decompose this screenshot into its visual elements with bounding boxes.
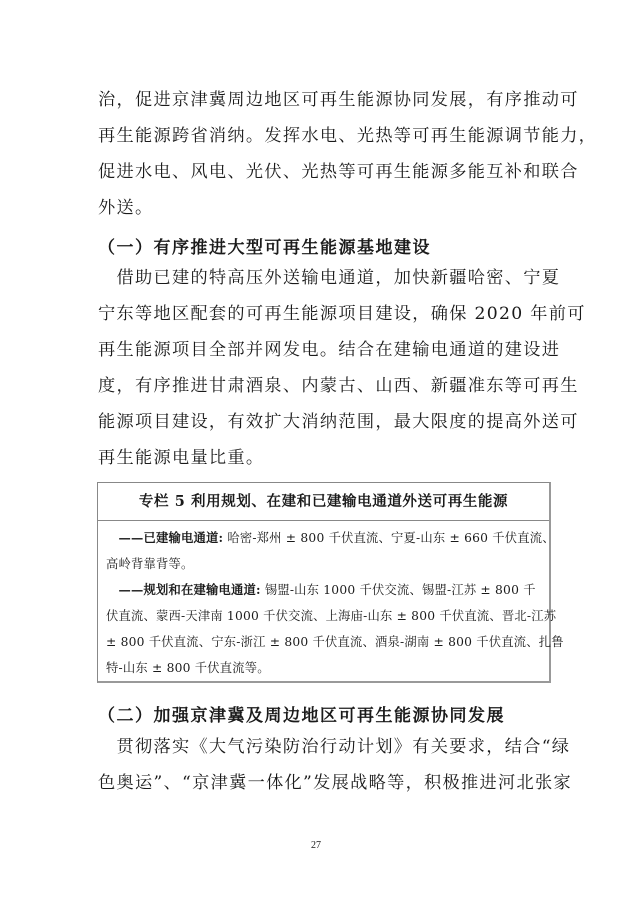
text-line: 再生能源电量比重。 (98, 440, 550, 476)
section-2-paragraph: 贯彻落实《大气污染防治行动计划》有关要求，结合“绿 色奥运”、“京津冀一体化”发… (98, 729, 550, 801)
text-line: 宁东等地区配套的可再生能源项目建设，确保 2020 年前可 (98, 296, 550, 332)
box-item-built: ——已建输电通道: 哈密-郑州 ± 800 千伏直流、宁夏-山东 ± 660 千… (106, 525, 541, 551)
info-box-body: ——已建输电通道: 哈密-郑州 ± 800 千伏直流、宁夏-山东 ± 660 千… (98, 521, 549, 681)
section-1-paragraph: 借助已建的特高压外送输电通道，加快新疆哈密、宁夏 宁东等地区配套的可再生能源项目… (98, 260, 550, 476)
box-item-label: ——规划和在建输电通道: (119, 582, 261, 597)
section-1-heading: （一）有序推进大型可再生能源基地建设 (98, 233, 431, 258)
box-item-text: 伏直流、蒙西-天津南 1000 千伏交流、上海庙-山东 ± 800 千伏直流、晋… (106, 603, 541, 629)
section-2-heading: （二）加强京津冀及周边地区可再生能源协同发展 (98, 701, 505, 726)
box-item-text: 哈密-郑州 ± 800 千伏直流、宁夏-山东 ± 660 千伏直流、 (223, 531, 555, 545)
text-line: 再生能源项目全部并网发电。结合在建输电通道的建设进 (98, 332, 550, 368)
text-line: 度，有序推进甘肃酒泉、内蒙古、山西、新疆准东等可再生 (98, 368, 550, 404)
box-item-label: ——已建输电通道: (119, 530, 224, 545)
text-line: 色奥运”、“京津冀一体化”发展战略等，积极推进河北张家 (98, 765, 550, 801)
continuation-paragraph: 治，促进京津冀周边地区可再生能源协同发展，有序推动可 再生能源跨省消纳。发挥水电… (98, 82, 550, 226)
text-line: 借助已建的特高压外送输电通道，加快新疆哈密、宁夏 (98, 260, 550, 296)
box-item-text: 锡盟-山东 1000 千伏交流、锡盟-江苏 ± 800 千 (261, 583, 536, 597)
info-box: 专栏 5 利用规划、在建和已建输电通道外送可再生能源 ——已建输电通道: 哈密-… (97, 482, 551, 683)
text-line: 促进水电、风电、光伏、光热等可再生能源多能互补和联合 (98, 154, 550, 190)
text-line: 再生能源跨省消纳。发挥水电、光热等可再生能源调节能力， (98, 118, 550, 154)
box-item-text: 特-山东 ± 800 千伏直流等。 (106, 655, 541, 681)
text-line: 能源项目建设，有效扩大消纳范围，最大限度的提高外送可 (98, 404, 550, 440)
text-line: 外送。 (98, 190, 550, 226)
box-item-planned: ——规划和在建输电通道: 锡盟-山东 1000 千伏交流、锡盟-江苏 ± 800… (106, 577, 541, 603)
text-line: 治，促进京津冀周边地区可再生能源协同发展，有序推动可 (98, 82, 550, 118)
text-line: 贯彻落实《大气污染防治行动计划》有关要求，结合“绿 (98, 729, 550, 765)
box-item-text: 高岭背靠背等。 (106, 551, 541, 577)
box-item-text: ± 800 千伏直流、宁东-浙江 ± 800 千伏直流、酒泉-湖南 ± 800 … (106, 629, 541, 655)
page-number: 27 (311, 840, 321, 851)
info-box-title: 专栏 5 利用规划、在建和已建输电通道外送可再生能源 (98, 483, 549, 521)
